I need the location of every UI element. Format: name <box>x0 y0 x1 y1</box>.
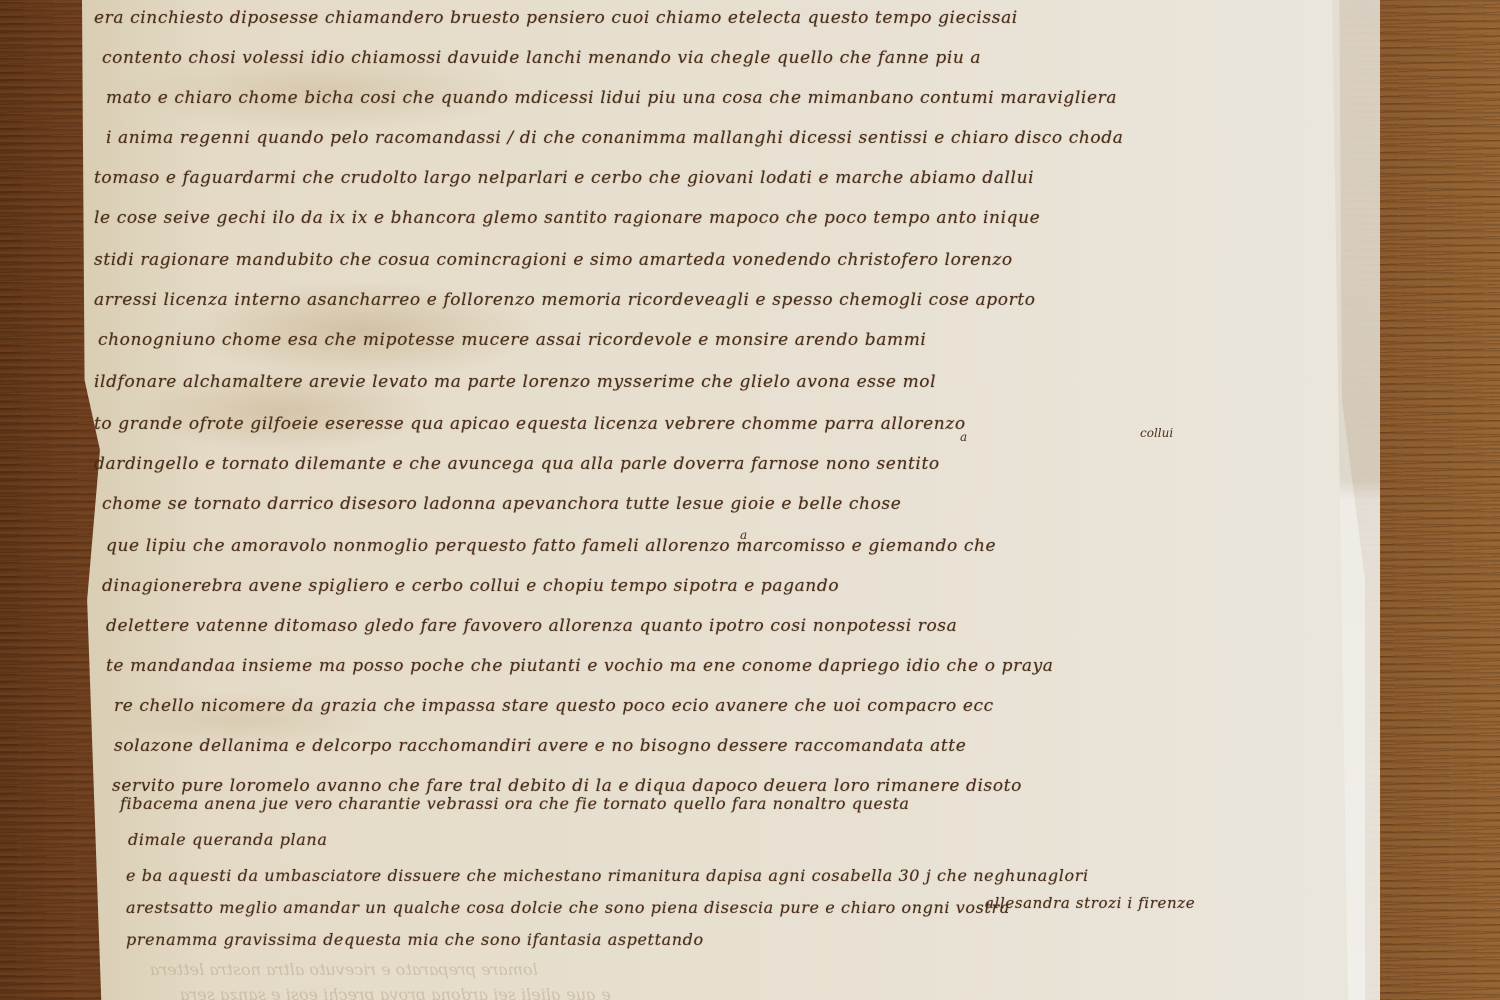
handwritten-line: mato e chiaro chome bicha cosi che quand… <box>106 88 1117 108</box>
handwritten-line: solazone dellanima e delcorpo racchomand… <box>114 736 966 756</box>
interlinear-insertion: collui <box>1140 426 1173 440</box>
handwritten-line: stidi ragionare mandubito che cosua comi… <box>94 250 1013 270</box>
handwritten-line: tomaso e faguardarmi che crudolto largo … <box>94 168 1034 188</box>
handwritten-line: dinagionerebra avene spigliero e cerbo c… <box>102 576 839 596</box>
handwritten-line: i anima regenni quando pelo racomandassi… <box>106 128 1123 148</box>
handwritten-line: chome se tornato darrico disesoro ladonn… <box>102 494 901 514</box>
handwritten-closing-line: arestsatto meglio amandar un qualche cos… <box>126 898 1010 917</box>
handwritten-line: delettere vatenne ditomaso gledo fare fa… <box>106 616 957 636</box>
handwritten-line: arressi licenza interno asancharreo e fo… <box>94 290 1036 310</box>
handwritten-closing-line: fibacema anena jue vero charantie vebras… <box>120 794 910 813</box>
handwritten-line: le cose seive gechi ilo da ix ix e bhanc… <box>94 208 1040 228</box>
handwritten-line: servito pure loromelo avanno che fare tr… <box>112 776 1022 796</box>
signature: allesandra strozi i firenze <box>985 894 1195 912</box>
handwritten-line: chonogniuno chome esa che mipotesse muce… <box>98 330 926 350</box>
handwritten-closing-line: prenamma gravissima dequesta mia che son… <box>126 930 704 949</box>
handwritten-line: contento chosi volessi idio chiamossi da… <box>102 48 981 68</box>
handwritten-line: que lipiu che amoravolo nonmoglio perque… <box>106 536 996 556</box>
handwritten-line: re chello nicomere da grazia che impassa… <box>114 696 994 716</box>
handwritten-line: era cinchiesto diposesse chiamandero bru… <box>94 8 1018 28</box>
handwritten-closing-line: e ba aquesti da umbasciatore dissuere ch… <box>126 866 1089 885</box>
handwritten-line: ildfonare alchamaltere arevie levato ma … <box>94 372 936 392</box>
handwritten-line: te mandandaa insieme ma posso poche che … <box>106 656 1054 676</box>
handwritten-line: to grande ofrote gilfoeie eseresse qua a… <box>94 414 966 434</box>
bleed-through-text: e que glieli sei ardona prova prechi eos… <box>180 985 611 1000</box>
bleed-through-text: lomare preparato e ricevuto altra nostra… <box>150 960 538 979</box>
interlinear-insertion: a <box>960 430 967 444</box>
handwritten-closing-line: dimale queranda plana <box>128 830 327 849</box>
handwritten-line: dardingello e tornato dilemante e che av… <box>94 454 940 474</box>
interlinear-insertion: a <box>740 528 747 542</box>
